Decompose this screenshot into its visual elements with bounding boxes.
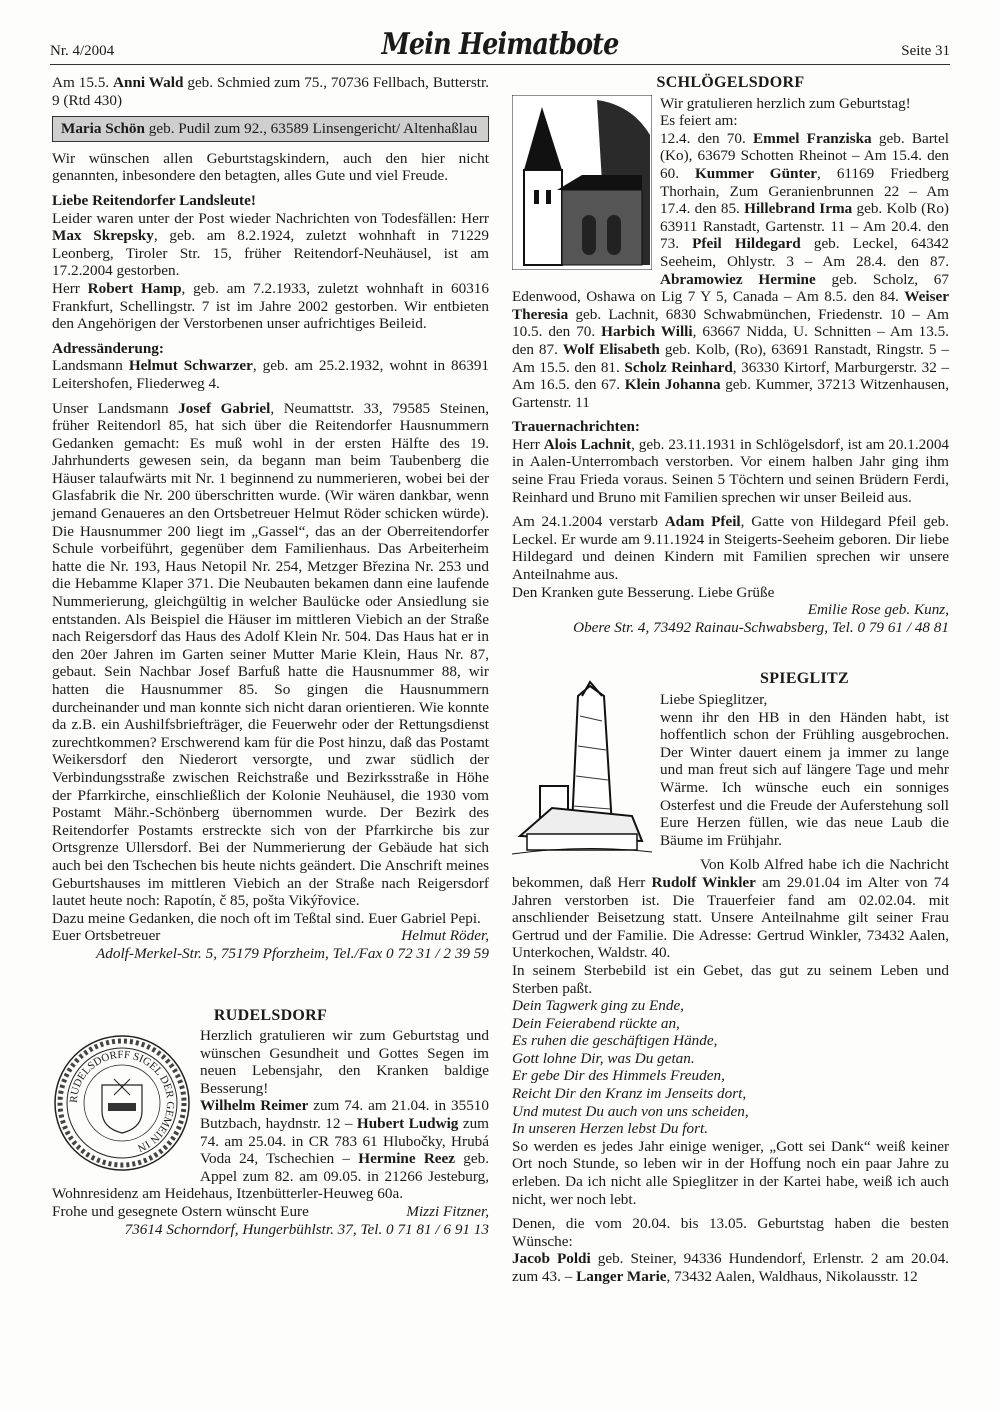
right-column: SCHLÖGELSDORF Wir gratulieren herzlich z… xyxy=(512,74,949,1286)
church-image xyxy=(512,95,652,270)
obituary-paragraph: Am 24.1.2004 verstarb Adam Pfeil, Gatte … xyxy=(512,513,949,583)
prayer-poem: Dein Tagwerk ging zu Ende, Dein Feierabe… xyxy=(512,997,949,1138)
page-number: Seite 31 xyxy=(901,43,950,60)
section-heading: Liebe Reitendorfer Landsleute! xyxy=(52,192,489,210)
tower-icon xyxy=(512,676,652,856)
signature-address: Adolf-Merkel-Str. 5, 75179 Pforzheim, Te… xyxy=(52,945,489,963)
masthead-title: Mein Heimatbote xyxy=(382,27,619,62)
address-change-paragraph: Landsmann Helmut Schwarzer, geb. am 25.2… xyxy=(52,357,489,392)
signature-name: Emilie Rose geb. Kunz, xyxy=(512,601,949,619)
municipal-seal-image: RUDELSDORFF SIGEL DER GEMEIN IN xyxy=(52,1033,192,1173)
wishes-paragraph: Wir wünschen allen Geburtstagskindern, a… xyxy=(52,150,489,185)
article-paragraph: In seinem Sterbebild ist ein Gebet, das … xyxy=(512,962,949,997)
section-title-rudelsdorf: RUDELSDORF xyxy=(52,1007,489,1025)
spieglitz-birthdays: Jacob Poldi geb. Steiner, 94336 Hundendo… xyxy=(512,1250,949,1285)
section-heading: Trauernachrichten: xyxy=(512,418,949,436)
section-title-schloegelsdorf: SCHLÖGELSDORF xyxy=(512,74,949,92)
obituary-paragraph: Von Kolb Alfred habe ich die Nachricht b… xyxy=(512,856,949,962)
section-heading: Adressänderung: xyxy=(52,340,489,358)
article-closing: Dazu meine Gedanken, die noch oft im Teß… xyxy=(52,910,489,928)
issue-number: Nr. 4/2004 xyxy=(50,43,114,60)
lookout-tower-image xyxy=(512,676,652,856)
highlighted-birthday-box: Maria Schön geb. Pudil zum 92., 63589 Li… xyxy=(52,116,489,142)
birthday-entry: Am 15.5. Anni Wald geb. Schmied zum 75.,… xyxy=(52,74,489,109)
article-paragraph: So werden es jedes Jahr einige weniger, … xyxy=(512,1138,949,1208)
church-icon xyxy=(512,95,652,270)
obituary-paragraph: Herr Robert Hamp, geb. am 7.2.1933, zule… xyxy=(52,280,489,333)
article-paragraph: Denen, die vom 20.04. bis 13.05. Geburts… xyxy=(512,1215,949,1250)
closing-line: Den Kranken gute Besserung. Liebe Grüße xyxy=(512,584,949,602)
signature-address: Obere Str. 4, 73492 Rainau-Schwabsberg, … xyxy=(512,619,949,637)
page-header: Nr. 4/2004 Mein Heimatbote Seite 31 xyxy=(50,22,950,65)
signature-address: 73614 Schorndorf, Hungerbühlstr. 37, Tel… xyxy=(52,1221,489,1239)
seal-icon: RUDELSDORFF SIGEL DER GEMEIN IN xyxy=(52,1033,192,1173)
obituary-paragraph: Leider waren unter der Post wieder Nachr… xyxy=(52,210,489,280)
signature-line: Frohe und gesegnete Ostern wünscht Eure … xyxy=(52,1203,489,1221)
article-paragraph: Unser Landsmann Josef Gabriel, Neumattst… xyxy=(52,400,489,910)
obituary-paragraph: Herr Alois Lachnit, geb. 23.11.1931 in S… xyxy=(512,436,949,506)
left-column: Am 15.5. Anni Wald geb. Schmied zum 75.,… xyxy=(52,74,489,1238)
signature-line: Euer Ortsbetreuer Helmut Röder, xyxy=(52,927,489,945)
